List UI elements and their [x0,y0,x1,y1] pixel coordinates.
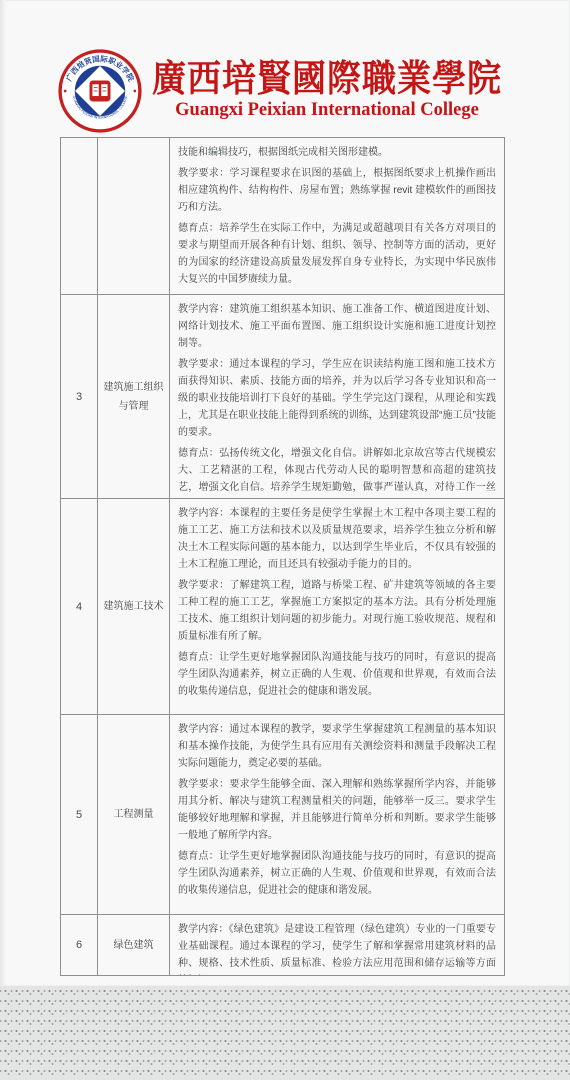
paragraph: 德育点：培养学生在实际工作中，为满足或超越项目有关各方对项目的要求与期望而开展各… [178,220,496,288]
course-name [98,138,170,294]
course-name: 绿色建筑 [98,915,170,975]
college-logo-icon: 广西培贤国际职业学院 GUANGXI PEIXIAN INTERNATIONAL… [58,49,142,133]
paragraph: 教学内容：本课程的主要任务是使学生掌握土木工程中各项主要工程的施工工艺、施工方法… [178,505,496,573]
paragraph: 德育点：让学生更好地掌握团队沟通技能与技巧的同时，有意识的提高学生团队沟通素养，… [178,649,496,700]
paragraph: 教学内容：《绿色建筑》是建设工程管理（绿色建筑）专业的一门重要专业基础课程。通过… [178,921,496,975]
paragraph: 教学内容：通过本课程的教学，要求学生掌握建筑工程测量的基本知识和基本操作技能，为… [178,721,496,772]
table-row-continued: 技能和编辑技巧，根据图纸完成相关图形建模。 教学要求：学习课程要求在识图的基础上… [61,138,504,294]
course-description: 技能和编辑技巧，根据图纸完成相关图形建模。 教学要求：学习课程要求在识图的基础上… [170,138,504,294]
paragraph: 教学内容：建筑施工组织基本知识、施工准备工作、横道图进度计划、网络计划技术、施工… [178,301,496,352]
paragraph: 教学要求：通过本课程的学习，学生应在识读结构施工图和施工技术方面获得知识、素质、… [178,356,496,441]
paragraph: 技能和编辑技巧，根据图纸完成相关图形建模。 [178,144,496,161]
college-name-en: Guangxi Peixian International College [148,101,506,120]
paragraph: 德育点：让学生更好地掌握团队沟通技能与技巧的同时，有意识的提高学生团队沟通素养，… [178,848,496,899]
row-number: 5 [61,715,98,914]
paragraph: 德育点：弘扬传统文化，增强文化自信。讲解如北京故宫等古代规模宏大、工艺精湛的工程… [178,445,496,498]
table-row-6: 6 绿色建筑 教学内容：《绿色建筑》是建设工程管理（绿色建筑）专业的一门重要专业… [61,914,504,975]
row-number: 4 [61,499,98,714]
college-name-zh: 廣西培賢國際職業學院 [148,61,506,100]
college-titles: 廣西培賢國際職業學院 Guangxi Peixian International… [148,62,506,120]
paragraph: 教学要求：学习课程要求在识图的基础上，根据图纸要求上机操作画出相应建筑构件、结构… [178,165,496,216]
course-description: 教学内容：《绿色建筑》是建设工程管理（绿色建筑）专业的一门重要专业基础课程。通过… [170,915,504,975]
course-description: 教学内容：本课程的主要任务是使学生掌握土木工程中各项主要工程的施工工艺、施工方法… [170,499,504,714]
scan-edge-shadow [0,0,6,1080]
course-table: 技能和编辑技巧，根据图纸完成相关图形建模。 教学要求：学习课程要求在识图的基础上… [60,137,505,976]
course-name: 建筑施工组织与管理 [98,295,170,498]
college-header: 广西培贤国际职业学院 GUANGXI PEIXIAN INTERNATIONAL… [58,46,506,136]
course-name: 建筑施工技术 [98,499,170,714]
logo-book-page-left [92,84,98,96]
row-number: 3 [61,295,98,498]
scanned-document-page: 广西培贤国际职业学院 GUANGXI PEIXIAN INTERNATIONAL… [0,0,570,1080]
table-row-4: 4 建筑施工技术 教学内容：本课程的主要任务是使学生掌握土木工程中各项主要工程的… [61,498,504,714]
paragraph: 教学要求：了解建筑工程，道路与桥梁工程、矿井建筑等领域的各主要工种工程的施工工艺… [178,577,496,645]
row-number: 6 [61,915,98,975]
scan-texture [0,985,570,1080]
course-description: 教学内容：通过本课程的教学，要求学生掌握建筑工程测量的基本知识和基本操作技能，为… [170,715,504,914]
row-number [61,138,98,294]
course-name: 工程测量 [98,715,170,914]
course-description: 教学内容：建筑施工组织基本知识、施工准备工作、横道图进度计划、网络计划技术、施工… [170,295,504,498]
table-row-5: 5 工程测量 教学内容：通过本课程的教学，要求学生掌握建筑工程测量的基本知识和基… [61,714,504,914]
paragraph: 教学要求：要求学生能够全面、深入理解和熟练掌握所学内容，并能够用其分析、解决与建… [178,776,496,844]
logo-book-page-right [101,84,107,96]
table-row-3: 3 建筑施工组织与管理 教学内容：建筑施工组织基本知识、施工准备工作、横道图进度… [61,294,504,498]
